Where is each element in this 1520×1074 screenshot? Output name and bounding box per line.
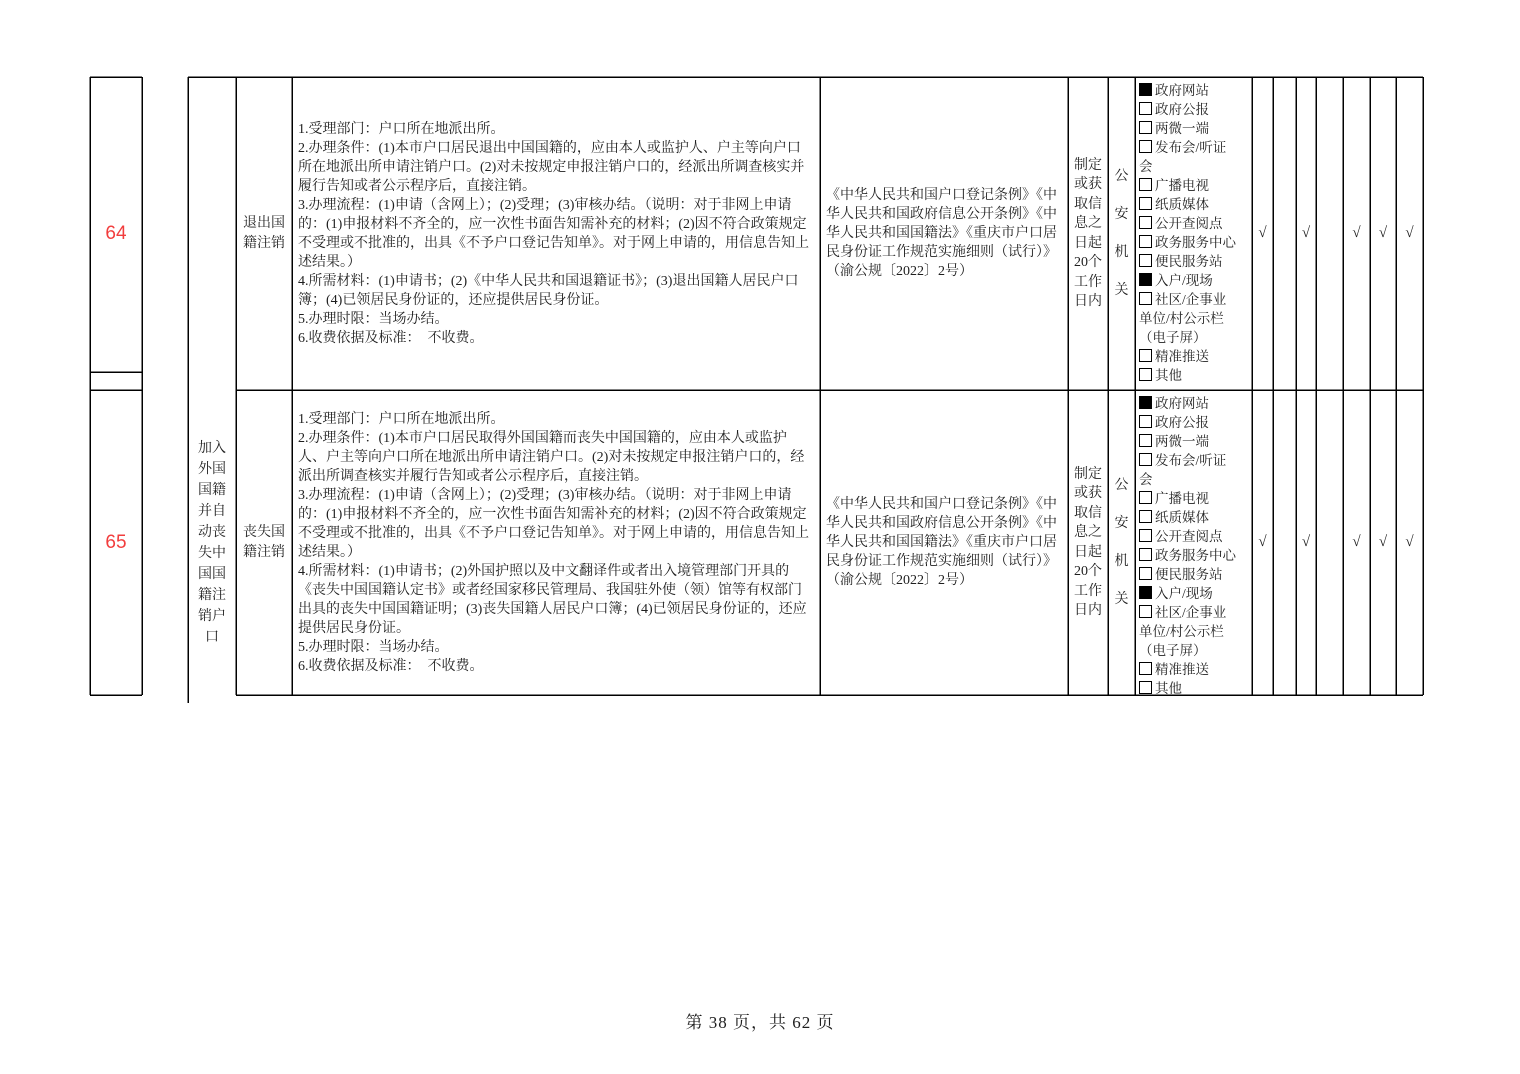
procedure-item: 3.办理流程：(1)申请（含网上）；(2)受理；(3)审核办结。（说明：对于非网… [298,486,814,562]
channel-option-line: 单位/村公示栏 [1139,309,1250,328]
channel-option-line: 便民服务站 [1139,252,1250,271]
procedure-item: 6.收费依据及标准： 不收费。 [298,657,814,676]
text-line: 退出国 [236,214,292,234]
item-name-cell: 退出国籍注销 [236,77,292,390]
channel-option-line: 会 [1139,470,1250,489]
text-line: 安 [1108,196,1135,234]
channel-option-line: 社区/企事业 [1139,603,1250,622]
text-line: 取信 [1068,195,1108,215]
channels-cell: 政府网站政府公报两微一端发布会/听证会广播电视纸质媒体公开查阅点政务服务中心便民… [1135,390,1252,695]
procedure-item: 2.办理条件：(1)本市户口居民取得外国国籍而丧失中国国籍的，应由本人或监护人、… [298,429,814,486]
text-line: 籍注销 [236,543,292,563]
check-cell: √ [1296,77,1316,390]
text-line: 动丧 [188,522,236,543]
channel-option-line: 会 [1139,157,1250,176]
text-line: 公 [1108,467,1135,505]
text-line: 外国 [188,459,236,480]
row-number: 65 [90,390,142,695]
agency-cell: 公安机关 [1108,390,1135,695]
text-line: 取信 [1068,504,1108,524]
checkbox-empty-icon [1139,567,1152,580]
checkbox-empty-icon [1139,548,1152,561]
check-cell [1316,390,1343,695]
procedure-item: 5.办理时限：当场办结。 [298,310,814,329]
channel-option-line: 入户/现场 [1139,584,1250,603]
text-line: 国籍 [188,480,236,501]
check-cell [1273,390,1296,695]
text-line: 或获 [1068,484,1108,504]
channel-option-line: 两微一端 [1139,119,1250,138]
procedure-item: 6.收费依据及标准： 不收费。 [298,329,814,348]
checkbox-empty-icon [1139,102,1152,115]
text-line: 并自 [188,501,236,522]
procedure-item: 4.所需材料：(1)申请书；(2)《中华人民共和国退籍证书》；(3)退出国籍人居… [298,272,814,310]
channel-option-line: （电子屏） [1139,328,1250,347]
text-line: 或获 [1068,175,1108,195]
checkbox-empty-icon [1139,368,1152,381]
procedure-item: 1.受理部门：户口所在地派出所。 [298,120,814,139]
procedure-item: 2.办理条件：(1)本市户口居民退出中国国籍的，应由本人或监护人、户主等向户口所… [298,139,814,196]
text-line: 口 [188,627,236,648]
channel-option-line: 政府网站 [1139,81,1250,100]
text-line: 籍注 [188,585,236,606]
checkbox-empty-icon [1139,491,1152,504]
text-line: 日内 [1068,601,1108,621]
channel-option-line: （电子屏） [1139,641,1250,660]
channel-option-line: 纸质媒体 [1139,508,1250,527]
text-line: 关 [1108,272,1135,310]
check-cell: √ [1396,390,1423,695]
text-line: 丧失国 [236,523,292,543]
procedure-cell: 1.受理部门：户口所在地派出所。2.办理条件：(1)本市户口居民退出中国国籍的，… [292,77,820,390]
text-line: 20个 [1068,562,1108,582]
checkbox-empty-icon [1139,605,1152,618]
document-page: 64 退出国籍注销 1.受理部门：户口所在地派出所。2.办理条件：(1)本市户口… [0,0,1520,1074]
text-line: 工作 [1068,273,1108,293]
channel-option-line: 广播电视 [1139,176,1250,195]
checkbox-empty-icon [1139,349,1152,362]
text-line: 失中 [188,543,236,564]
checkbox-empty-icon [1139,292,1152,305]
text-line: 制定 [1068,156,1108,176]
row-number: 64 [90,77,142,390]
channel-option-line: 精准推送 [1139,660,1250,679]
check-cell [1316,77,1343,390]
procedure-cell: 1.受理部门：户口所在地派出所。2.办理条件：(1)本市户口居民取得外国国籍而丧… [292,390,820,695]
legal-basis-cell: 《中华人民共和国户口登记条例》《中华人民共和国政府信息公开条例》《中华人民共和国… [820,390,1068,695]
check-cell: √ [1252,390,1273,695]
checkbox-empty-icon [1139,434,1152,447]
checkbox-empty-icon [1139,254,1152,267]
channel-option-line: 入户/现场 [1139,271,1250,290]
legal-basis-text: 《中华人民共和国户口登记条例》《中华人民共和国政府信息公开条例》《中华人民共和国… [820,495,1068,590]
channel-option-line: 两微一端 [1139,432,1250,451]
check-cell: √ [1396,77,1423,390]
channel-option-line: 政务服务中心 [1139,546,1250,565]
channel-option-line: 便民服务站 [1139,565,1250,584]
channel-option-line: 精准推送 [1139,347,1250,366]
text-line: 公 [1108,158,1135,196]
channel-option-line: 其他 [1139,679,1250,695]
channel-option-line: 政府公报 [1139,100,1250,119]
text-line: 籍注销 [236,234,292,254]
legal-basis-text: 《中华人民共和国户口登记条例》《中华人民共和国政府信息公开条例》《中华人民共和国… [820,186,1068,281]
text-line: 机 [1108,543,1135,581]
channel-option-line: 政府网站 [1139,394,1250,413]
checkbox-empty-icon [1139,140,1152,153]
text-line: 制定 [1068,465,1108,485]
channel-option-line: 政务服务中心 [1139,233,1250,252]
checkbox-empty-icon [1139,197,1152,210]
checkbox-checked-icon [1139,396,1152,409]
check-cell: √ [1343,77,1370,390]
checkbox-empty-icon [1139,178,1152,191]
checkbox-empty-icon [1139,529,1152,542]
timeframe-cell: 制定或获取信息之日起20个工作日内 [1068,390,1108,695]
checkbox-empty-icon [1139,453,1152,466]
checkbox-checked-icon [1139,586,1152,599]
text-line: 日起 [1068,234,1108,254]
channel-option-line: 社区/企事业 [1139,290,1250,309]
agency-cell: 公安机关 [1108,77,1135,390]
text-line: 销户 [188,606,236,627]
check-cell: √ [1343,390,1370,695]
text-line: 息之 [1068,214,1108,234]
legal-basis-cell: 《中华人民共和国户口登记条例》《中华人民共和国政府信息公开条例》《中华人民共和国… [820,77,1068,390]
checkbox-empty-icon [1139,415,1152,428]
text-line: 加入 [188,438,236,459]
text-line: 安 [1108,505,1135,543]
channel-option-line: 纸质媒体 [1139,195,1250,214]
check-cell: √ [1370,390,1396,695]
procedure-item: 5.办理时限：当场办结。 [298,638,814,657]
channel-option-line: 发布会/听证 [1139,138,1250,157]
procedure-item: 1.受理部门：户口所在地派出所。 [298,410,814,429]
channel-option-line: 单位/村公示栏 [1139,622,1250,641]
checkbox-checked-icon [1139,273,1152,286]
check-cell: √ [1370,77,1396,390]
checkbox-empty-icon [1139,235,1152,248]
procedure-item: 4.所需材料：(1)申请书；(2)外国护照以及中文翻译件或者出入境管理部门开具的… [298,562,814,638]
procedure-item: 3.办理流程：(1)申请（含网上）；(2)受理；(3)审核办结。（说明：对于非网… [298,196,814,272]
checkbox-empty-icon [1139,216,1152,229]
text-line: 息之 [1068,523,1108,543]
channel-option-line: 其他 [1139,366,1250,385]
text-line: 20个 [1068,253,1108,273]
text-line: 日起 [1068,543,1108,563]
category-cell [188,77,236,390]
text-line: 机 [1108,234,1135,272]
page-footer: 第 38 页，共 62 页 [0,1008,1520,1033]
checkbox-empty-icon [1139,510,1152,523]
check-cell: √ [1252,77,1273,390]
text-line: 关 [1108,581,1135,619]
channel-option-line: 政府公报 [1139,413,1250,432]
channels-cell: 政府网站政府公报两微一端发布会/听证会广播电视纸质媒体公开查阅点政务服务中心便民… [1135,77,1252,390]
text-line: 日内 [1068,292,1108,312]
text-line: 国国 [188,564,236,585]
check-cell: √ [1296,390,1316,695]
category-cell: 加入外国国籍并自动丧失中国国籍注销户口 [188,390,236,695]
check-cell [1273,77,1296,390]
timeframe-cell: 制定或获取信息之日起20个工作日内 [1068,77,1108,390]
checkbox-empty-icon [1139,121,1152,134]
channel-option-line: 公开查阅点 [1139,214,1250,233]
channel-option-line: 公开查阅点 [1139,527,1250,546]
checkbox-empty-icon [1139,681,1152,694]
channel-option-line: 广播电视 [1139,489,1250,508]
item-name-cell: 丧失国籍注销 [236,390,292,695]
channel-option-line: 发布会/听证 [1139,451,1250,470]
text-line: 工作 [1068,582,1108,602]
checkbox-empty-icon [1139,662,1152,675]
checkbox-checked-icon [1139,83,1152,96]
